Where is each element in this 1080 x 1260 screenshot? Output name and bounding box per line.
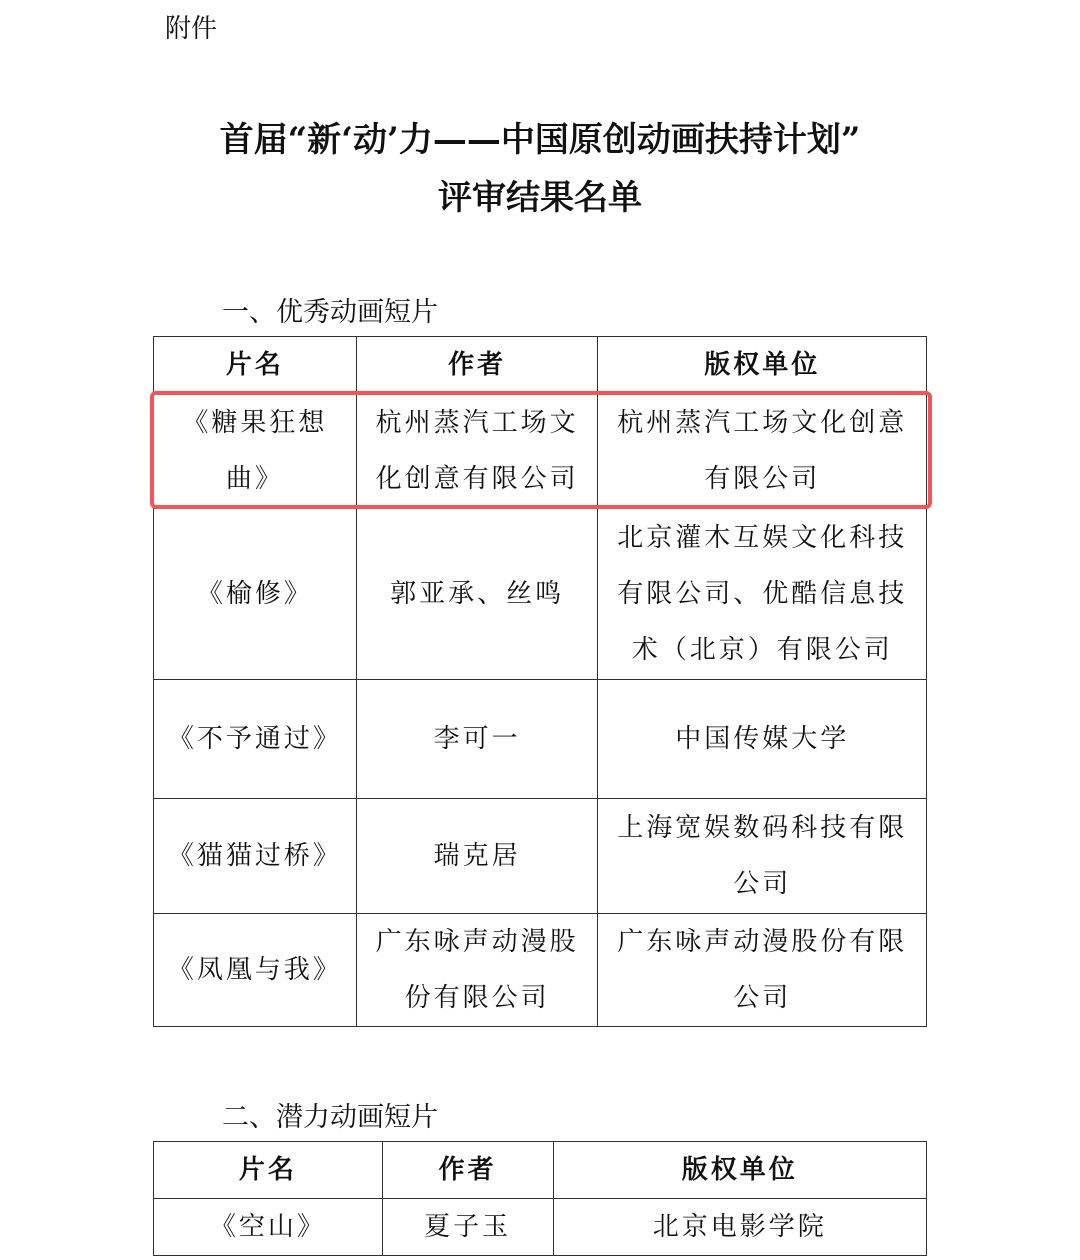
table-row: 《凤凰与我》 广东咏声动漫股份有限公司 广东咏声动漫股份有限公司	[154, 914, 927, 1027]
cell-author: 瑞克居	[356, 799, 598, 914]
cell-title: 《猫猫过桥》	[154, 799, 357, 914]
table-header-row: 片名 作者 版权单位	[154, 337, 927, 394]
cell-copyright: 广东咏声动漫股份有限公司	[598, 914, 927, 1027]
cell-copyright: 中国传媒大学	[598, 680, 927, 799]
table-row: 《榆修》 郭亚承、丝鸣 北京灌木互娱文化科技有限公司、优酷信息技术（北京）有限公…	[154, 509, 927, 680]
table-row: 《空山》 夏子玉 北京电影学院	[154, 1199, 927, 1256]
cell-copyright: 上海宽娱数码科技有限公司	[598, 799, 927, 914]
cell-title: 《空山》	[154, 1199, 383, 1256]
potential-shorts-table: 片名 作者 版权单位 《空山》 夏子玉 北京电影学院	[153, 1141, 927, 1256]
cell-title: 《不予通过》	[154, 680, 357, 799]
cell-author: 广东咏声动漫股份有限公司	[356, 914, 598, 1027]
cell-title: 《凤凰与我》	[154, 914, 357, 1027]
cell-author: 夏子玉	[382, 1199, 553, 1256]
header-title: 片名	[154, 337, 357, 394]
header-author: 作者	[356, 337, 598, 394]
table-header-row: 片名 作者 版权单位	[154, 1142, 927, 1199]
cell-title: 《榆修》	[154, 509, 357, 680]
document-subtitle: 评审结果名单	[0, 170, 1080, 219]
table-row: 《猫猫过桥》 瑞克居 上海宽娱数码科技有限公司	[154, 799, 927, 914]
header-title: 片名	[154, 1142, 383, 1199]
header-copyright: 版权单位	[553, 1142, 926, 1199]
table-row: 《不予通过》 李可一 中国传媒大学	[154, 680, 927, 799]
attachment-label: 附件	[165, 8, 217, 45]
cell-copyright: 北京灌木互娱文化科技有限公司、优酷信息技术（北京）有限公司	[598, 509, 927, 680]
document-title: 首届“新‘动’力——中国原创动画扶持计划”	[0, 112, 1080, 161]
cell-author: 李可一	[356, 680, 598, 799]
cell-author: 郭亚承、丝鸣	[356, 509, 598, 680]
section-heading-excellent: 一、优秀动画短片	[222, 290, 438, 329]
cell-copyright: 北京电影学院	[553, 1199, 926, 1256]
section-heading-potential: 二、潜力动画短片	[222, 1095, 438, 1134]
header-author: 作者	[382, 1142, 553, 1199]
highlight-box	[150, 391, 932, 509]
header-copyright: 版权单位	[598, 337, 927, 394]
